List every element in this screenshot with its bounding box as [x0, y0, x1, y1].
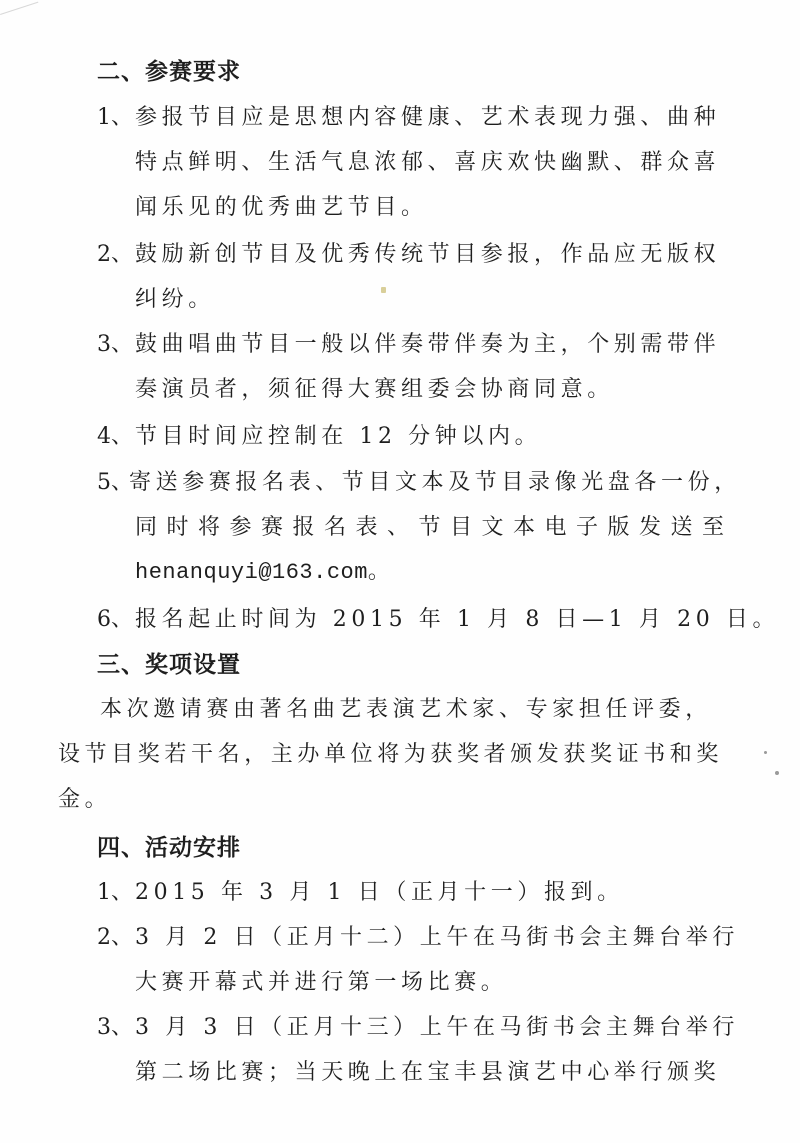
item-text: 2015 年 3 月 1 日（正月十一）报到。 — [135, 880, 624, 905]
item-text: 寄送参赛报名表、节目文本及节目录像光盘各一份， — [129, 470, 741, 495]
requirement-item-2-line-2: 纠纷。 — [135, 285, 215, 315]
requirement-item-1-line-2: 特点鲜明、生活气息浓郁、喜庆欢快幽默、群众喜 — [135, 148, 720, 178]
item-number: 2、 — [97, 240, 135, 270]
item-number: 6、 — [97, 605, 135, 635]
scan-artifact-speck — [381, 287, 386, 293]
item-number: 3、 — [97, 330, 135, 360]
requirement-item-5-line-2: 同时将参赛报名表、节目文本电子版发送至 — [135, 513, 734, 543]
scanned-document-page: 二、参赛要求 1、参报节目应是思想内容健康、艺术表现力强、曲种 特点鲜明、生活气… — [0, 0, 800, 1143]
item-number: 1、 — [97, 878, 135, 908]
contact-email-link[interactable]: henanquyi@163.com。 — [135, 558, 390, 588]
item-number: 5、 — [97, 468, 129, 498]
requirement-item-1: 1、参报节目应是思想内容健康、艺术表现力强、曲种 — [97, 103, 720, 133]
requirement-item-4: 4、节目时间应控制在 12 分钟以内。 — [97, 422, 541, 452]
awards-paragraph-line-1: 本次邀请赛由著名曲艺表演艺术家、专家担任评委， — [100, 695, 712, 725]
schedule-item-3: 3、3 月 3 日（正月十三）上午在马街书会主舞台举行 — [97, 1013, 739, 1043]
scan-dust-speck — [775, 771, 779, 775]
item-number: 1、 — [97, 103, 135, 133]
paper-crease-mark — [0, 2, 43, 31]
item-text: 节目时间应控制在 12 分钟以内。 — [135, 424, 541, 449]
schedule-item-2-line-2: 大赛开幕式并进行第一场比赛。 — [135, 968, 507, 998]
scan-dust-speck — [764, 751, 767, 754]
schedule-item-1: 1、2015 年 3 月 1 日（正月十一）报到。 — [97, 878, 624, 908]
item-text: 鼓曲唱曲节目一般以伴奏带伴奏为主，个别需带伴 — [135, 332, 720, 357]
item-text: 3 月 2 日（正月十二）上午在马街书会主舞台举行 — [135, 925, 739, 950]
item-number: 2、 — [97, 923, 135, 953]
requirement-item-2: 2、鼓励新创节目及优秀传统节目参报，作品应无版权 — [97, 240, 720, 270]
item-text: 鼓励新创节目及优秀传统节目参报，作品应无版权 — [135, 242, 720, 267]
schedule-item-3-line-2: 第二场比赛；当天晚上在宝丰县演艺中心举行颁奖 — [135, 1058, 720, 1088]
section-heading-requirements: 二、参赛要求 — [97, 57, 241, 87]
requirement-item-3: 3、鼓曲唱曲节目一般以伴奏带伴奏为主，个别需带伴 — [97, 330, 720, 360]
requirement-item-6: 6、报名起止时间为 2015 年 1 月 8 日—1 月 20 日。 — [97, 605, 779, 635]
item-number: 4、 — [97, 422, 135, 452]
schedule-item-2: 2、3 月 2 日（正月十二）上午在马街书会主舞台举行 — [97, 923, 739, 953]
item-text: 3 月 3 日（正月十三）上午在马街书会主舞台举行 — [135, 1015, 739, 1040]
item-text: 参报节目应是思想内容健康、艺术表现力强、曲种 — [135, 105, 720, 130]
requirement-item-1-line-3: 闻乐见的优秀曲艺节目。 — [135, 193, 428, 223]
requirement-item-5: 5、寄送参赛报名表、节目文本及节目录像光盘各一份， — [97, 468, 741, 498]
item-text: 报名起止时间为 2015 年 1 月 8 日—1 月 20 日。 — [135, 607, 779, 632]
awards-paragraph-line-2: 设节目奖若干名，主办单位将为获奖者颁发获奖证书和奖 — [58, 740, 723, 770]
awards-paragraph-line-3: 金。 — [58, 785, 111, 815]
section-heading-awards: 三、奖项设置 — [97, 650, 241, 680]
item-number: 3、 — [97, 1013, 135, 1043]
requirement-item-3-line-2: 奏演员者，须征得大赛组委会协商同意。 — [135, 375, 614, 405]
section-heading-schedule: 四、活动安排 — [97, 833, 241, 863]
